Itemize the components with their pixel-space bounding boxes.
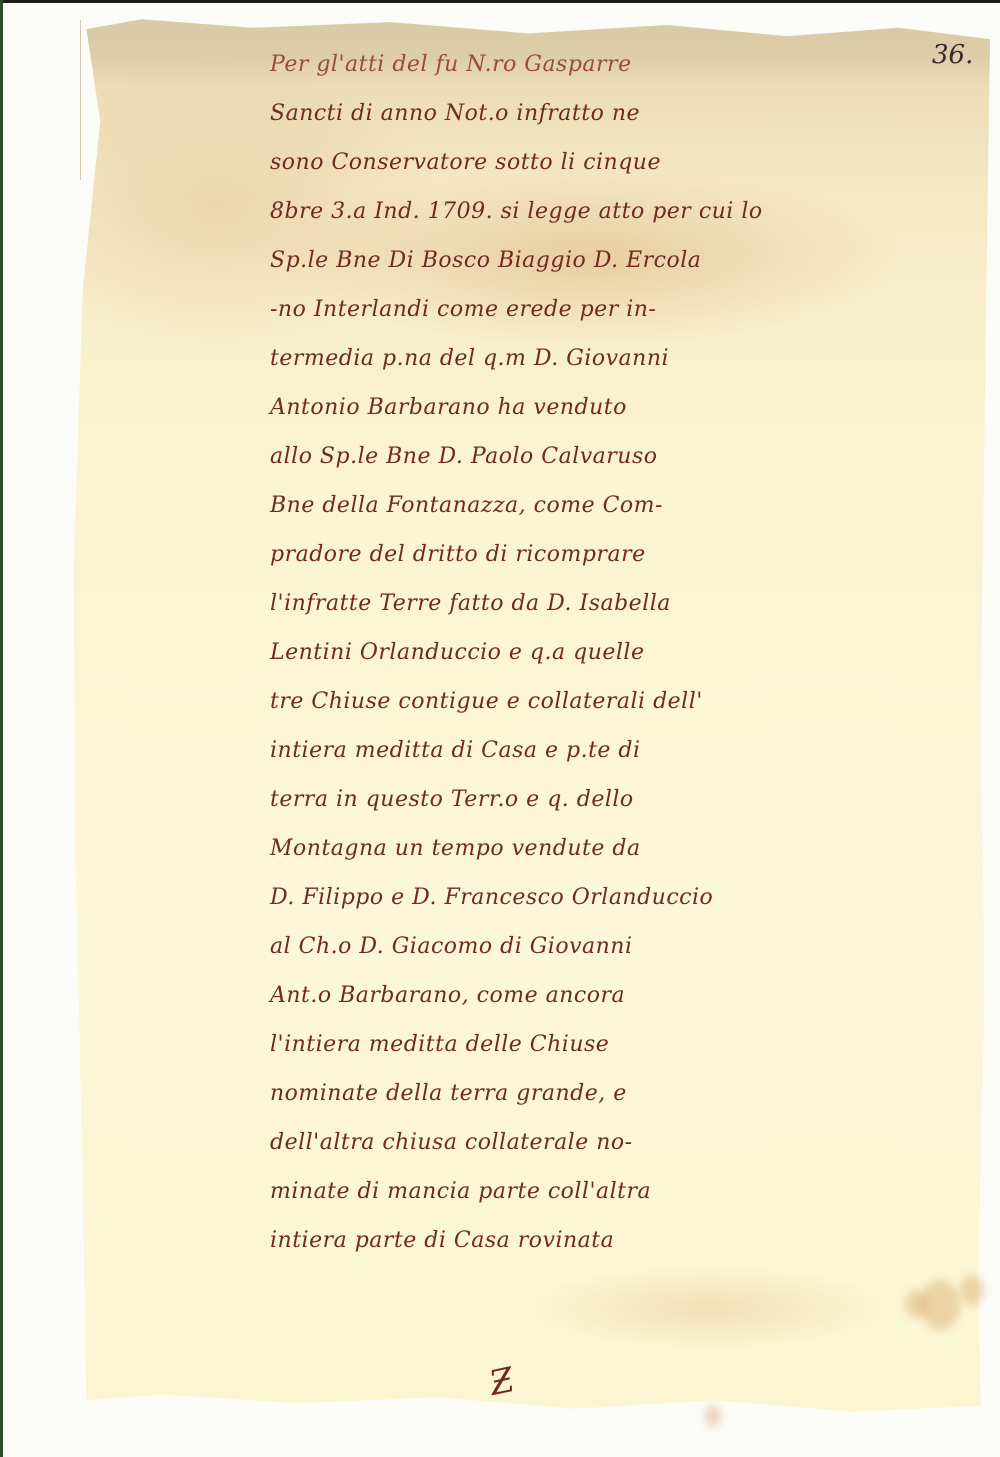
water-stain: [705, 1405, 721, 1427]
text-line: pradore del dritto di ricomprare: [270, 530, 830, 579]
text-line: dell'altra chiusa collaterale no-: [270, 1118, 830, 1167]
manuscript-text: Per gl'atti del fu N.ro Gasparre Sancti …: [270, 40, 830, 1265]
scan-top-border: [0, 0, 1000, 3]
text-line: Montagna un tempo vendute da: [270, 824, 830, 873]
text-line: -no Interlandi come erede per in-: [270, 285, 830, 334]
text-line: D. Filippo e D. Francesco Orlanduccio: [270, 873, 830, 922]
text-line: Ant.o Barbarano, come ancora: [270, 971, 830, 1020]
text-line: nominate della terra grande, e: [270, 1069, 830, 1118]
text-line: tre Chiuse contigue e collaterali dell': [270, 677, 830, 726]
text-line: Bne della Fontanazza, come Com-: [270, 481, 830, 530]
water-stain: [960, 1275, 984, 1305]
text-line: intiera meditta di Casa e p.te di: [270, 726, 830, 775]
water-stain: [905, 1290, 927, 1318]
page-fold-mark: [80, 20, 101, 180]
scan-left-border: [0, 0, 3, 1457]
text-line: minate di mancia parte coll'altra: [270, 1167, 830, 1216]
text-line: l'intiera meditta delle Chiuse: [270, 1020, 830, 1069]
text-line: terra in questo Terr.o e q. dello: [270, 775, 830, 824]
text-line: Lentini Orlanduccio e q.a quelle: [270, 628, 830, 677]
text-line: l'infratte Terre fatto da D. Isabella: [270, 579, 830, 628]
text-line: Sancti di anno Not.o infratto ne: [270, 89, 830, 138]
text-line: Sp.le Bne Di Bosco Biaggio D. Ercola: [270, 236, 830, 285]
text-line: intiera parte di Casa rovinata: [270, 1216, 830, 1265]
folio-number: 36.: [932, 40, 973, 70]
text-line: termedia p.na del q.m D. Giovanni: [270, 334, 830, 383]
text-line: Per gl'atti del fu N.ro Gasparre: [270, 40, 830, 89]
text-line: Antonio Barbarano ha venduto: [270, 383, 830, 432]
text-line: al Ch.o D. Giacomo di Giovanni: [270, 922, 830, 971]
text-line: allo Sp.le Bne D. Paolo Calvaruso: [270, 432, 830, 481]
text-line: sono Conservatore sotto li cinque: [270, 138, 830, 187]
text-line: 8bre 3.a Ind. 1709. si legge atto per cu…: [270, 187, 830, 236]
